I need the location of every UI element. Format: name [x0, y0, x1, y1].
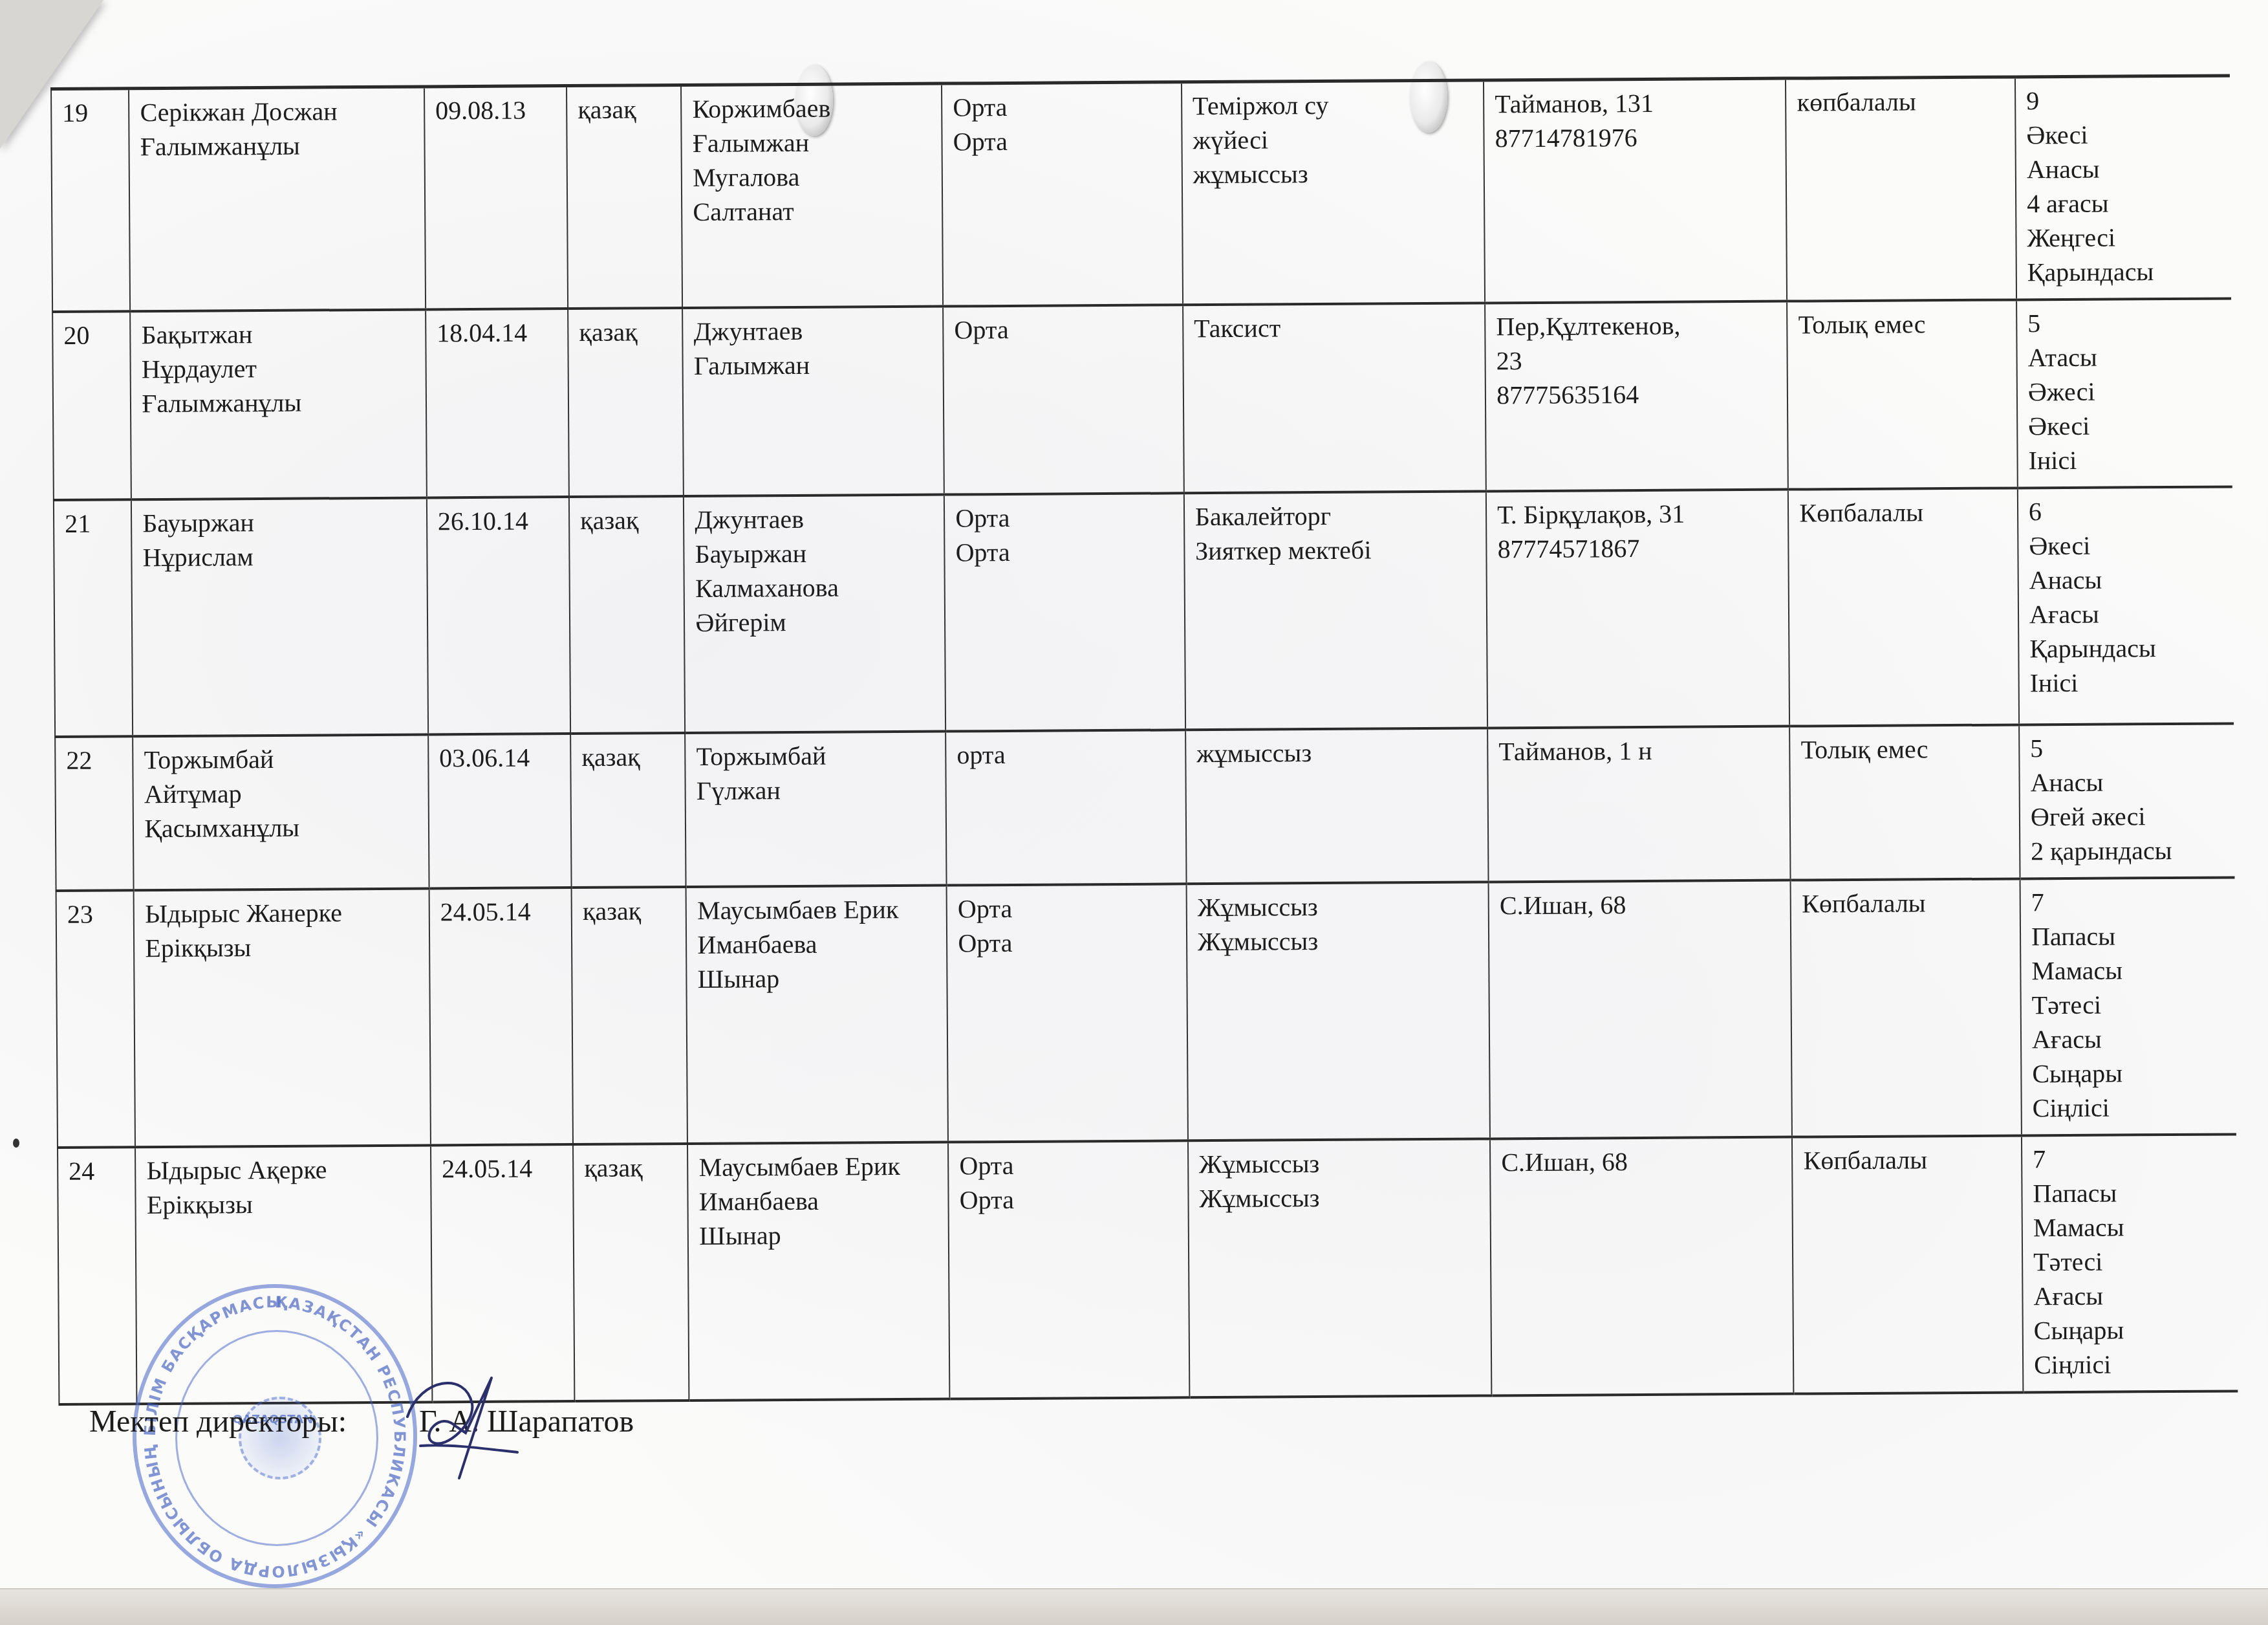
- student-name-cell: Ыдырыс ЖанеркеЕрікқызы: [134, 888, 431, 1147]
- student-name-line: Нұрдаулет: [142, 351, 418, 387]
- family-members-line: Ағасы: [2029, 596, 2225, 631]
- nationality-cell: қазақ: [569, 496, 685, 734]
- parents-workplace-line: Жұмыссыз: [1198, 923, 1481, 959]
- family-members-cell: 5АнасыӨгей әкесі2 қарындасы: [2019, 723, 2234, 878]
- scanner-bed-edge: [0, 1588, 2268, 1625]
- family-members-line: Сыңары: [2034, 1312, 2230, 1347]
- parents-names-line: Коржимбаев: [692, 91, 933, 126]
- family-members-line: Папасы: [2031, 918, 2227, 954]
- parents-education-cell: Орта: [943, 305, 1183, 494]
- student-name-line: Ыдырыс Жанерке: [145, 895, 421, 932]
- parents-names-line: Шынар: [699, 1217, 940, 1253]
- parents-names-line: Иманбаева: [699, 1183, 940, 1219]
- family-members-line: Қарындасы: [2029, 630, 2225, 666]
- birth-date-cell: 26.10.14: [427, 497, 570, 734]
- table-row: 20БақытжанНұрдаулетҒалымжанұлы18.04.14қа…: [52, 298, 2232, 500]
- parents-workplace-line: Жұмыссыз: [1199, 1146, 1482, 1182]
- family-members-line: Әкесі: [2029, 527, 2225, 563]
- student-name-line: Нұрислам: [143, 539, 419, 575]
- parents-education-line: Орта: [955, 534, 1176, 569]
- parents-names-cell: КоржимбаевҒалымжанМугаловаСалтанат: [681, 83, 943, 308]
- family-status-cell: көпбалалы: [1786, 77, 2016, 301]
- parents-names-line: Ғалымжан: [693, 125, 934, 160]
- parents-workplace-cell: жұмыссыз: [1185, 728, 1489, 884]
- parents-names-line: Гүлжан: [697, 772, 938, 808]
- parents-names-line: Иманбаева: [697, 926, 938, 962]
- row-number-cell: 24: [58, 1147, 137, 1404]
- scanned-page: 19Серікжан ДосжанҒалымжанұлы09.08.13қаза…: [0, 0, 2268, 1588]
- student-name-cell: БақытжанНұрдаулетҒалымжанұлы: [130, 309, 426, 499]
- parents-names-line: Әйгерім: [695, 604, 936, 640]
- parents-names-line: Маусымбаев Ерик: [698, 1149, 940, 1184]
- parents-education-line: Орта: [958, 890, 1178, 926]
- address-phone-cell: Пер,Құлтекенов,2387775635164: [1485, 301, 1788, 492]
- birth-date-cell: 18.04.14: [426, 309, 569, 497]
- parents-workplace-line: Жұмыссыз: [1199, 1180, 1482, 1216]
- family-members-line: 7: [2031, 884, 2227, 919]
- parents-education-line: Орта: [953, 89, 1173, 124]
- signature-block: Мектеп директоры: Г. А. Шарапатов: [89, 1404, 634, 1439]
- parents-education-cell: ОртаОрта: [942, 82, 1183, 307]
- family-members-cell: 6ӘкесіАнасыАғасыҚарындасыІнісі: [2018, 486, 2234, 725]
- student-name-line: Ыдырыс Ақерке: [146, 1152, 422, 1188]
- parents-workplace-line: Теміржол су: [1193, 87, 1476, 124]
- family-members-line: 7: [2033, 1140, 2229, 1176]
- family-members-line: Інісі: [2028, 442, 2224, 477]
- address-phone-line: Т. Бірқұлақов, 31: [1497, 496, 1780, 532]
- family-members-line: Ағасы: [2032, 1021, 2228, 1056]
- family-status-cell: Көпбалалы: [1792, 1135, 2023, 1393]
- family-members-line: Әжесі: [2028, 373, 2224, 409]
- parents-education-line: Орта: [960, 1181, 1180, 1217]
- parents-education-cell: ОртаОрта: [947, 884, 1188, 1142]
- family-members-line: Сіңлісі: [2033, 1089, 2229, 1125]
- family-members-line: Мамасы: [2033, 1209, 2229, 1245]
- parents-names-line: Шынар: [698, 961, 939, 996]
- parents-names-line: Салтанат: [693, 193, 934, 229]
- family-members-line: Сыңары: [2032, 1055, 2228, 1091]
- parents-education-line: Орта: [954, 311, 1174, 347]
- family-status-cell: Толық емес: [1790, 725, 2020, 880]
- parents-names-line: Торжымбай: [697, 738, 938, 774]
- parents-workplace-line: жұмыссыз: [1193, 156, 1476, 192]
- table-row: 21БауыржанНұрислам26.10.14қазақДжунтаевБ…: [54, 486, 2234, 737]
- address-phone-line: 87775635164: [1496, 376, 1780, 413]
- student-name-line: Қасымханұлы: [144, 810, 420, 846]
- students-table: 19Серікжан ДосжанҒалымжанұлы09.08.13қаза…: [50, 74, 2238, 1406]
- address-phone-line: Тайманов, 1 н: [1498, 733, 1782, 769]
- family-members-cell: 7ПапасыМамасыТәтесіАғасыСыңарыСіңлісі: [2020, 877, 2236, 1135]
- family-members-line: Тәтесі: [2033, 1243, 2229, 1279]
- family-members-line: 9: [2026, 82, 2222, 118]
- nationality-cell: қазақ: [568, 308, 684, 497]
- family-members-cell: 5АтасыӘжесіӘкесіІнісі: [2016, 298, 2232, 488]
- birth-date-cell: 24.05.14: [431, 1144, 575, 1402]
- birth-date-cell: 24.05.14: [429, 888, 573, 1145]
- student-name-line: Ғалымжанұлы: [140, 128, 416, 164]
- family-members-cell: 7ПапасыМамасыТәтесіАғасыСыңарыСіңлісі: [2022, 1134, 2238, 1392]
- family-members-line: Ағасы: [2033, 1278, 2229, 1313]
- family-members-line: Әкесі: [2028, 408, 2224, 443]
- parents-education-line: Орта: [959, 1147, 1180, 1183]
- nationality-cell: қазақ: [573, 1144, 689, 1401]
- family-status-cell: Көпбалалы: [1788, 488, 2019, 726]
- parents-names-line: Маусымбаев Ерик: [697, 892, 938, 928]
- table-row: 23Ыдырыс ЖанеркеЕрікқызы24.05.14қазақМау…: [56, 877, 2236, 1148]
- address-phone-cell: Тайманов, 13187714781976: [1484, 78, 1787, 303]
- handwritten-signature: [394, 1365, 524, 1481]
- scan-speck: [13, 1139, 19, 1148]
- family-members-line: Жеңгесі: [2027, 219, 2223, 255]
- parents-names-line: Мугалова: [693, 159, 934, 195]
- parents-names-cell: ТоржымбайГүлжан: [685, 732, 946, 887]
- student-name-line: Торжымбай: [144, 741, 420, 778]
- family-members-line: Мамасы: [2031, 952, 2227, 988]
- parents-names-line: Галымжан: [694, 347, 935, 383]
- parents-workplace-line: Жұмыссыз: [1197, 889, 1480, 925]
- nationality-cell: қазақ: [567, 85, 682, 309]
- row-number-cell: 20: [52, 311, 131, 500]
- family-members-line: Анасы: [2029, 562, 2225, 597]
- family-members-line: 5: [2027, 305, 2223, 340]
- student-name-line: Ғалымжанұлы: [142, 385, 418, 421]
- student-name-line: Ерікқызы: [145, 930, 421, 966]
- parents-names-cell: Маусымбаев ЕрикИманбаеваШынар: [686, 886, 948, 1144]
- address-phone-cell: С.Ишан, 68: [1489, 880, 1793, 1139]
- student-name-cell: БауыржанНұрислам: [131, 497, 428, 736]
- row-number-cell: 22: [55, 736, 134, 891]
- address-phone-line: С.Ишан, 68: [1501, 1144, 1784, 1180]
- row-number-cell: 23: [56, 890, 136, 1148]
- parents-workplace-line: Зияткер мектебі: [1195, 532, 1478, 569]
- parents-names-line: Бауыржан: [695, 536, 936, 571]
- family-members-line: Қарындасы: [2027, 254, 2223, 289]
- address-phone-line: Тайманов, 131: [1495, 85, 1778, 122]
- family-members-line: Анасы: [2027, 151, 2223, 186]
- address-phone-cell: С.Ишан, 68: [1490, 1137, 1794, 1396]
- birth-date-cell: 09.08.13: [424, 86, 568, 310]
- family-status-cell: Толық емес: [1787, 300, 2018, 489]
- parents-workplace-cell: ЖұмыссызЖұмыссыз: [1186, 882, 1490, 1140]
- family-members-line: 6: [2029, 493, 2225, 529]
- family-status-cell: Көпбалалы: [1791, 878, 2022, 1137]
- parents-workplace-cell: Таксист: [1183, 303, 1486, 493]
- parents-workplace-line: Таксист: [1194, 310, 1477, 346]
- family-members-line: Әкесі: [2026, 116, 2222, 152]
- student-name-line: Серікжан Досжан: [140, 94, 416, 130]
- parents-workplace-line: жүйесі: [1193, 122, 1476, 158]
- parents-workplace-line: жұмыссыз: [1196, 735, 1480, 771]
- address-phone-cell: Т. Бірқұлақов, 3187774571867: [1486, 490, 1790, 728]
- parents-workplace-line: Бакалейторг: [1195, 498, 1478, 534]
- parents-names-cell: ДжунтаевБауыржанКалмахановаӘйгерім: [684, 495, 945, 733]
- parents-education-cell: ОртаОрта: [948, 1140, 1189, 1399]
- address-phone-cell: Тайманов, 1 н: [1487, 726, 1791, 882]
- parents-names-cell: Маусымбаев ЕрикИманбаеваШынар: [687, 1142, 949, 1401]
- family-members-line: Тәтесі: [2032, 987, 2228, 1022]
- family-members-line: Сіңлісі: [2034, 1346, 2230, 1382]
- address-phone-line: С.Ишан, 68: [1500, 887, 1783, 923]
- parents-names-line: Калмаханова: [695, 570, 936, 605]
- family-members-line: Атасы: [2027, 339, 2223, 375]
- parents-workplace-cell: ЖұмыссызЖұмыссыз: [1188, 1139, 1492, 1397]
- address-phone-line: 87774571867: [1497, 530, 1780, 567]
- parents-education-line: Орта: [958, 924, 1178, 960]
- row-number-cell: 21: [54, 499, 133, 737]
- family-members-line: 4 ағасы: [2027, 185, 2223, 221]
- parents-education-line: орта: [956, 736, 1177, 772]
- table-row: 19Серікжан ДосжанҒалымжанұлы09.08.13қаза…: [51, 76, 2231, 312]
- parents-workplace-cell: БакалейторгЗияткер мектебі: [1184, 491, 1488, 730]
- row-number-cell: 19: [51, 89, 130, 312]
- parents-names-line: Джунтаев: [694, 313, 935, 349]
- student-name-line: Бауыржан: [142, 505, 418, 541]
- student-name-cell: Серікжан ДосжанҒалымжанұлы: [129, 87, 426, 311]
- birth-date-cell: 03.06.14: [428, 734, 572, 888]
- nationality-cell: қазақ: [570, 733, 686, 888]
- parents-names-line: Джунтаев: [695, 501, 936, 537]
- parents-names-cell: ДжунтаевГалымжан: [682, 307, 944, 496]
- family-members-line: Папасы: [2033, 1175, 2229, 1210]
- parents-education-cell: орта: [945, 730, 1186, 885]
- family-members-line: Анасы: [2030, 764, 2226, 800]
- address-phone-line: 23: [1496, 342, 1780, 378]
- family-members-line: Өгей әкесі: [2031, 798, 2227, 834]
- parents-workplace-cell: Теміржол сужүйесіжұмыссыз: [1182, 80, 1485, 305]
- table-row: 22ТоржымбайАйтұмарҚасымханұлы03.06.14қаз…: [55, 723, 2234, 891]
- family-members-cell: 9ӘкесіАнасы4 ағасыЖеңгесіҚарындасы: [2015, 76, 2231, 300]
- student-name-line: Бақытжан: [141, 316, 417, 353]
- student-name-line: Айтұмар: [144, 776, 420, 812]
- family-members-line: Інісі: [2029, 664, 2225, 700]
- student-name-cell: ТоржымбайАйтұмарҚасымханұлы: [133, 734, 429, 890]
- parents-education-cell: ОртаОрта: [944, 493, 1185, 731]
- family-members-line: 5: [2030, 730, 2226, 765]
- nationality-cell: қазақ: [572, 887, 688, 1144]
- family-members-line: 2 қарындасы: [2031, 833, 2227, 868]
- parents-education-line: Орта: [953, 123, 1174, 158]
- address-phone-line: Пер,Құлтекенов,: [1496, 308, 1779, 344]
- signature-title: Мектеп директоры:: [89, 1404, 347, 1439]
- parents-education-line: Орта: [955, 499, 1176, 535]
- address-phone-line: 87714781976: [1495, 120, 1778, 156]
- student-name-line: Ерікқызы: [147, 1186, 423, 1223]
